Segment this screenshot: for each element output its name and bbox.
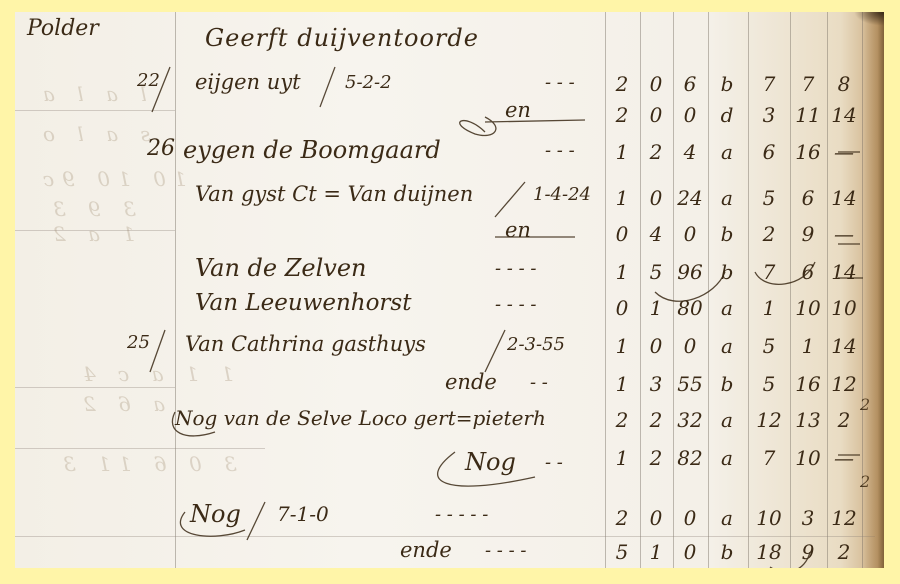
row-leader: - - - <box>545 142 575 160</box>
cell: a <box>711 336 743 356</box>
cell: 6 <box>792 262 824 282</box>
cell: 7 <box>753 74 785 94</box>
cell: — <box>828 448 860 468</box>
cell: — <box>828 224 860 244</box>
cell: 6 <box>674 74 706 94</box>
cell: 1 <box>606 262 638 282</box>
cell: d <box>711 105 743 125</box>
bleed-through-text: 1 1 a c 4 <box>75 362 234 386</box>
row-description: eygen de Boomgaard <box>183 138 441 162</box>
cell: 9 <box>792 224 824 244</box>
cell: 0 <box>674 105 706 125</box>
margin-hline <box>15 387 175 388</box>
ledger-page: l a l a s a l o 10 10 9c 3 9 3 1 a 2 1 1… <box>15 12 884 568</box>
column-rule <box>827 12 828 568</box>
cell: 3 <box>792 508 824 528</box>
cell: 2 <box>640 410 672 430</box>
cell: 1 <box>753 298 785 318</box>
row-description: eijgen uyt <box>195 72 301 93</box>
cell: 0 <box>606 298 638 318</box>
cell: 11 <box>792 105 824 125</box>
cell: 10 <box>792 448 824 468</box>
row-description: ende <box>445 372 497 393</box>
cell: 1 <box>606 374 638 394</box>
row-description: Van gyst Ct = Van duijnen <box>195 184 473 205</box>
cell: 5 <box>606 542 638 562</box>
row-description: Van de Zelven <box>195 256 367 280</box>
cell: 10 <box>828 298 860 318</box>
column-rule <box>605 12 606 568</box>
cell: a <box>711 508 743 528</box>
column-rule <box>640 12 641 568</box>
row-date: 26 <box>147 138 175 160</box>
row-description: Van Cathrina gasthuys <box>185 334 426 355</box>
row-description: Nog <box>190 502 241 526</box>
cell: 3 <box>753 105 785 125</box>
bleed-through-text: l a l a <box>35 82 147 106</box>
header-polder: Polder <box>27 18 99 40</box>
cell: 5 <box>753 336 785 356</box>
cell: 14 <box>828 336 860 356</box>
cell: 1 <box>640 298 672 318</box>
bleed-through-text: 1 a 2 <box>45 222 135 246</box>
row-reference: 5-2-2 <box>345 74 392 92</box>
bleed-through-text: 10 10 9c <box>35 167 187 191</box>
row-date: 22 <box>137 72 160 90</box>
margin-rule <box>175 12 176 568</box>
cell: 1 <box>606 142 638 162</box>
cell: 2 <box>828 542 860 562</box>
row-leader: - - - - - <box>435 506 488 524</box>
cell: 2 <box>606 105 638 125</box>
cell: 0 <box>640 105 672 125</box>
column-rule <box>708 12 709 568</box>
cell: 12 <box>753 410 785 430</box>
cell: 0 <box>640 74 672 94</box>
cell: b <box>711 374 743 394</box>
row-reference: 1-4-24 <box>533 186 591 204</box>
row-description: Van Leeuwenhorst <box>195 292 411 315</box>
cell: 8 <box>828 74 860 94</box>
bleed-through-text: 3 9 3 <box>45 197 136 221</box>
cell: 2 <box>753 224 785 244</box>
row-leader: - - <box>530 374 548 392</box>
cell: 4 <box>640 224 672 244</box>
row-date: 25 <box>127 334 150 352</box>
margin-mark: 2 <box>860 397 870 413</box>
cell: 2 <box>640 448 672 468</box>
cell: 0 <box>674 224 706 244</box>
cell: 7 <box>753 448 785 468</box>
cell: 14 <box>828 262 860 282</box>
cell: a <box>711 298 743 318</box>
cell: 1 <box>640 542 672 562</box>
cell: 0 <box>674 336 706 356</box>
cell: 12 <box>828 508 860 528</box>
cell: 14 <box>828 105 860 125</box>
row-leader: - - - - <box>485 542 527 560</box>
column-rule <box>862 12 863 568</box>
row-description: en <box>505 100 531 121</box>
column-rule <box>748 12 749 568</box>
row-description: en <box>505 220 531 241</box>
row-reference: 7-1-0 <box>277 504 329 524</box>
cell: 1 <box>606 448 638 468</box>
cell: 82 <box>674 448 706 468</box>
cell: 2 <box>640 142 672 162</box>
cell: 9 <box>792 542 824 562</box>
cell: 5 <box>753 374 785 394</box>
cell: b <box>711 74 743 94</box>
column-rule <box>673 12 674 568</box>
cell: a <box>711 410 743 430</box>
cell: 32 <box>674 410 706 430</box>
margin-hline <box>15 448 265 449</box>
row-description: Nog <box>465 450 516 474</box>
row-reference: 2-3-55 <box>507 336 565 354</box>
cell: 24 <box>674 188 706 208</box>
cell: 2 <box>606 74 638 94</box>
cell: b <box>711 262 743 282</box>
cell: a <box>711 188 743 208</box>
margin-mark: 2 <box>860 474 870 490</box>
margin-hline <box>15 536 875 537</box>
cell: a <box>711 142 743 162</box>
row-leader: - - - - <box>495 260 537 278</box>
cell: — <box>828 142 860 162</box>
cell: 12 <box>828 374 860 394</box>
cell: 1 <box>606 336 638 356</box>
cell: 10 <box>753 508 785 528</box>
row-leader: - - - - <box>495 296 537 314</box>
cell: 0 <box>640 188 672 208</box>
bleed-through-text: 3 0 6 11 3 <box>55 452 237 476</box>
cell: 16 <box>792 374 824 394</box>
row-description: Nog van de Selve Loco gert=pieterh <box>175 408 546 428</box>
row-leader: - - <box>545 454 563 472</box>
cell: 0 <box>606 224 638 244</box>
cell: 2 <box>828 410 860 430</box>
cell: 5 <box>753 188 785 208</box>
cell: 10 <box>792 298 824 318</box>
cell: 80 <box>674 298 706 318</box>
bleed-through-text: s a l o <box>35 122 151 146</box>
column-rule <box>790 12 791 568</box>
cell: 6 <box>753 142 785 162</box>
row-leader: - - - <box>545 74 575 92</box>
cell: 0 <box>674 542 706 562</box>
cell: 14 <box>828 188 860 208</box>
cell: 18 <box>753 542 785 562</box>
cell: a <box>711 448 743 468</box>
cell: 96 <box>674 262 706 282</box>
cell: 0 <box>640 508 672 528</box>
cell: 13 <box>792 410 824 430</box>
cell: 6 <box>792 188 824 208</box>
margin-hline <box>15 110 175 111</box>
cell: 3 <box>640 374 672 394</box>
cell: 5 <box>640 262 672 282</box>
cell: 7 <box>753 262 785 282</box>
cell: 1 <box>606 188 638 208</box>
header-title: Geerft duijventoorde <box>205 26 479 50</box>
cell: 55 <box>674 374 706 394</box>
cell: 1 <box>792 336 824 356</box>
cell: 2 <box>606 410 638 430</box>
cell: 4 <box>674 142 706 162</box>
cell: b <box>711 542 743 562</box>
cell: 0 <box>674 508 706 528</box>
cell: b <box>711 224 743 244</box>
bleed-through-text: a 6 2 <box>75 392 165 416</box>
row-description: ende <box>400 540 452 561</box>
cell: 0 <box>640 336 672 356</box>
cell: 7 <box>792 74 824 94</box>
cell: 2 <box>606 508 638 528</box>
cell: 16 <box>792 142 824 162</box>
